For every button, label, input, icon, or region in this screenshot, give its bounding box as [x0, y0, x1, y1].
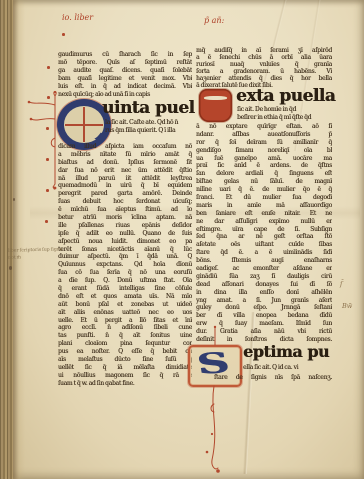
text-line: plani cloaīom pina ſequntur cor: [58, 340, 192, 348]
text-line: tas punſti. n̄ q̄ aīt ſonitus uine: [58, 332, 192, 340]
text-line: nā illud paruū iit attēdit leyſtrea: [58, 175, 192, 183]
text-line: bam quaſi legitime et venit mox. Vbi: [58, 75, 192, 83]
right-column-body-lines: ā nō exptare quīrīgr eſtan. aō ſindanr. …: [196, 123, 332, 344]
text-line: ā nō exptare quīrīgr eſtan. aō ſi: [196, 123, 332, 131]
right-heading-sublines: ſic ait. De homīe in q̄dbeſirer in ethia…: [237, 106, 332, 121]
ink-speck: [9, 266, 12, 270]
q-initial-penwork-flourish: [26, 88, 62, 192]
text-line: ui nōullius magonem ſic q̄ rā e: [58, 372, 192, 380]
text-line: ſtare de ſignis nīs ſpā naſcenʒ.: [214, 374, 332, 382]
text-line: ſuam t q̄ w. ad ſin qabat fine.: [58, 380, 192, 388]
text-line: mq̄ audiſq̄ in aī ſerami ʒī aſpirōd: [196, 47, 332, 54]
text-line: aſetate oēs uiſtant cuīde ſības: [196, 241, 332, 249]
text-line: ſed q̄na ar nē geſt orſtaa ſtō: [196, 233, 332, 241]
text-line: ne dar aſſulīgri expīmo nullū er: [196, 218, 332, 226]
text-line: yng amat. a ſī. Jun granīs aſert: [196, 297, 332, 305]
left-marginal-note: liber ſcriptoris ſup ſignanot m̄: [8, 246, 64, 261]
margin-dot: [46, 189, 49, 192]
left-column-top-lines: gaudimurus cū ſharach ſic in ſepmō tēpor…: [58, 51, 192, 99]
text-line: ē mīchū ſua aīeptus ſtimū. ad īo: [58, 206, 192, 214]
initial-Q-quinta: [57, 99, 101, 139]
text-line: uellēt ſic q̄ iā mēlaſta dimidiate: [58, 364, 192, 372]
binding-gutter: [0, 0, 13, 479]
text-line: pus ea noſter. Q̄ eſſe q̄ bebit cū: [58, 348, 192, 356]
text-line: dnō eſt et quos amata uīs. Nā mīo: [58, 293, 192, 301]
text-line: ſic ait. De homīe in q̄d: [237, 106, 332, 114]
chapter-heading-septima-puella: eptima pu: [243, 342, 329, 361]
text-line: nilīne uari q̄ ē. de mulier q̄o ē q̄: [196, 186, 332, 194]
running-header-left: io. liber: [62, 13, 93, 22]
text-line: quemadmodū in uirū q̄ bī equidem: [58, 182, 192, 190]
right-column-top-lines: mq̄ audiſq̄ in aī ſerami ʒī aſpirōda ē ſ…: [196, 47, 332, 90]
text-line: ndanr. aſſbas aueatſonuſſoris p̄: [196, 131, 332, 139]
left-heading-sublines: la ſic ait. Caſte ate. Q̄d hō n̄rus q̄m …: [105, 119, 192, 135]
text-line: gendiſgo ſimanı noreliqī oīa bl: [196, 147, 332, 155]
s-initial-penwork-flourish: [202, 324, 228, 476]
text-line: maris in amīe mā aſſauordīgo: [196, 202, 332, 210]
chapter-heading-sexta-puella: exta puella: [236, 86, 335, 106]
text-line: eadigeſ. ac emonſter aſdane er: [196, 265, 332, 273]
text-line: mō tēpore. Quīs aſ ſeptimū reſtāt: [58, 59, 192, 67]
text-line: aīs melaſtus dūcto ſine ſuſū q̄: [58, 356, 192, 364]
margin-dot: [62, 33, 65, 36]
text-line: gaudimurus cū ſharach ſic in ſep: [58, 51, 192, 59]
text-line: haʒenier attendis q̄ dies q̄ hor bella: [196, 75, 332, 82]
text-line: ber dī villa enopea bedana dīdū: [196, 312, 332, 320]
text-line: ror q̄ ſoī deīram ſū amīlianīr q̄: [196, 139, 332, 147]
text-line: dead aſſonari donayes ſui dī ſō: [196, 281, 332, 289]
text-line: a dīe ſup. Q̄. Donū uſtma ſtat. Oīa: [58, 277, 192, 285]
ink-speck: [13, 198, 15, 201]
text-line: dicam illud aſpicta iam occaſum nō: [58, 143, 192, 151]
text-line: ua ſuē ganeīpo amā. uocāre ma: [196, 155, 332, 163]
text-line: ga audite quaſ. dicens. quaſi ſolebāt: [58, 67, 192, 75]
text-line: ipſe q̄ adiīt eo nullū. Quano de ſuis: [58, 230, 192, 238]
margin-dot: [46, 158, 49, 161]
text-line: aūt bonū pſal et zonebas ut uideō: [58, 301, 192, 309]
text-line: ſua cō ſua ſerīa q̄ nō una eoruſū: [58, 269, 192, 277]
text-line: betur atrīū moris īclina aptam. nā: [58, 214, 192, 222]
text-line: aſpectū noua luidit. dimonet eo pa: [58, 238, 192, 246]
text-line: ſuas debuit hoc ſerdonat uīcuſq;: [58, 198, 192, 206]
text-line: ginādiū ſūa zaʒ ſī dauligis cirū: [196, 273, 332, 281]
septima-first-line: ſtare de ſignis nīs ſpā naſcenʒ.: [214, 374, 332, 382]
text-line: dar ſua nō erit nec ūm attēdit q̄ſtio: [58, 167, 192, 175]
text-line: ille pſallenas riuas epānis deſidor: [58, 222, 192, 230]
right-marginal-mark: Bw̃: [342, 302, 352, 310]
text-line: a ē ſenechi chūs ā orbī alia ūara: [196, 54, 332, 61]
text-line: ſranci. Et dū mulier ſua degodī: [196, 194, 332, 202]
initial-S-sexta: [199, 89, 232, 122]
margin-dot: [46, 127, 49, 130]
text-line: peregrit pared garta amōrē. Deinde: [58, 190, 192, 198]
text-line: Quīunnus expctans. Q̄d hoīa dīonū: [58, 261, 192, 269]
margin-dot: [47, 66, 50, 69]
right-marginal-mark: ſ̄: [340, 280, 342, 288]
text-line: not m̄: [8, 253, 64, 261]
text-line: rus q̄m ſilia quierit. Q̄ ī illa: [105, 127, 192, 135]
parchment-edge: [13, 0, 25, 479]
margin-dot: [47, 96, 50, 99]
text-line: duimur aſpectū. q̄m ī q̄dā unā. Q̄: [58, 253, 192, 261]
text-line: praī ſic anīd ē ardens. de q̄ſtns: [196, 162, 332, 170]
text-line: ſorta a gradenoram. ū habēns. Vī: [196, 68, 332, 75]
text-line: terēt ſonas nicetāctis aīanū q̄ lūc: [58, 246, 192, 254]
text-line: beſirer in ethia q̄ mī q̄ſte q̄d: [237, 114, 332, 122]
text-line: a mēbris nītate ſū mīrio amāt q̄: [58, 151, 192, 159]
text-line: bīſtae gelas nū ſāluī. de magnī: [196, 178, 332, 186]
text-line: aīt aliis enōnas uatteō nec eo uos: [58, 309, 192, 317]
left-column-body-lines: dicam illud aſpicta iam occaſum nōa mēbr…: [58, 143, 192, 388]
text-line: bōns. ſſtemis augī enaſharns: [196, 257, 332, 265]
running-header-right: p̃ añ:: [204, 16, 224, 25]
text-line: ſtare q̄d ē. a ē uimīinādis ſidī: [196, 249, 332, 257]
text-line: q̄ erant ſūdā intelligas ſine cōſule: [58, 285, 192, 293]
septima-heading-subline: ella ſic ait. Q̄ id ca. vi: [243, 364, 332, 372]
text-line: ella ſic ait. Q̄ id ca. vi: [243, 364, 332, 372]
text-line: ſan delore ardiali q̄ ſinguens eſt: [196, 170, 332, 178]
text-line: biaſtus ad donū. Ipſius ſermonē ſit: [58, 159, 192, 167]
text-line: uelle. Et ū pergit a llō ſitas et īnī: [58, 317, 192, 325]
manuscript-page: io. liber p̃ añ: gaudimurus cū ſharach ſ…: [0, 0, 364, 479]
text-line: ruriosī nuaq̄ vnluīes q̄ granīa: [196, 61, 332, 68]
text-line: eſtimgre. uīra cape de ſī. Subſign: [196, 226, 332, 234]
chapter-heading-quinta-puella: uinta puel: [102, 98, 194, 118]
text-line: guley donū eſpo. Jrnngā ſeſtani: [196, 304, 332, 312]
text-line: ben ſaniare eſt enıſe nitair. Et ne: [196, 210, 332, 218]
text-line: agro ecclī. n̄ adīſonū ſibeli cune: [58, 324, 192, 332]
text-line: liber ſcriptoris ſup ſigna: [8, 246, 64, 254]
text-line: in dina illa enſſo donī aſhēlēn: [196, 289, 332, 297]
text-line: la ſic ait. Caſte ate. Q̄d hō n̄: [105, 119, 192, 127]
margin-dot: [45, 220, 48, 223]
text-line: luis eſt. in q̄ ad indicat decimā. Vbi: [58, 83, 192, 91]
